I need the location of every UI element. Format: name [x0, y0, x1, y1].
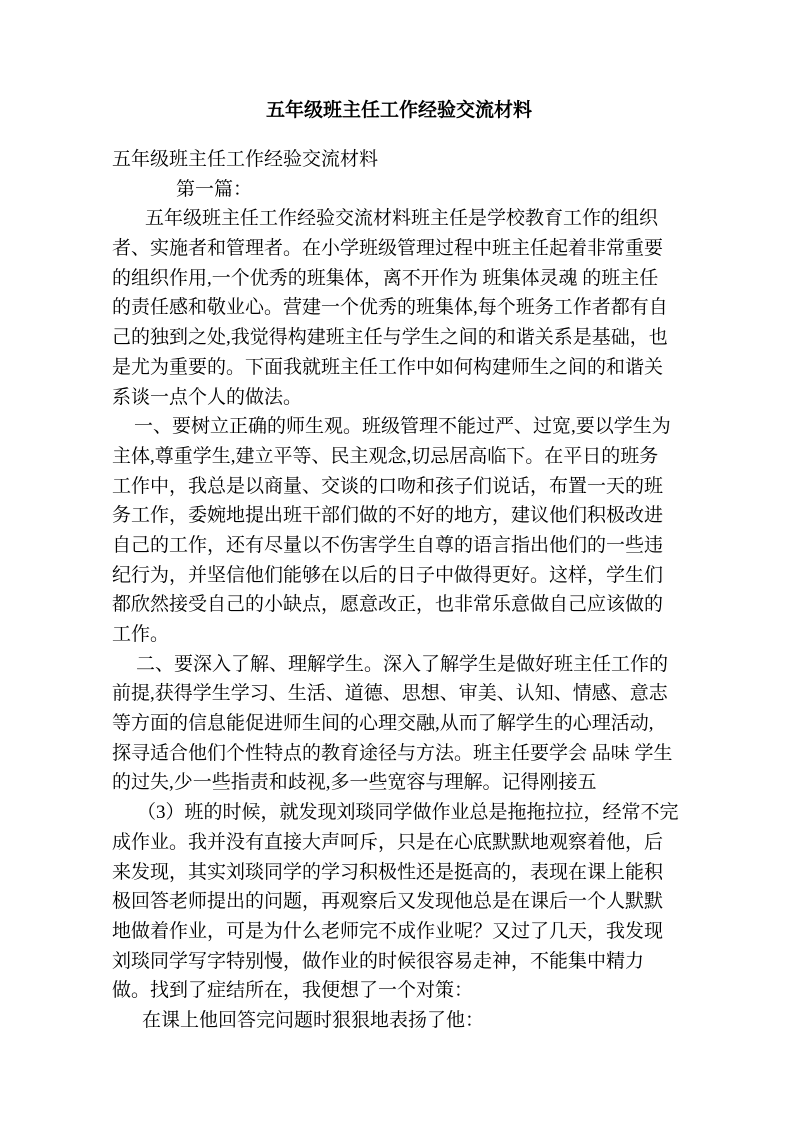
paragraph: （3）班的时候，就发现刘琰同学做作业总是拖拖拉拉，经常不完成作业。我并没有直接大…: [112, 798, 686, 1006]
text-line: 都欣然接受自己的小缺点，愿意改正，也非常乐意做自己应该做的: [112, 590, 686, 620]
text-line: 工作中，我总是以商量、交谈的口吻和孩子们说话，布置一天的班: [112, 472, 686, 502]
text-line: 在课上他回答完问题时狠狠地表扬了他：: [142, 1006, 686, 1036]
text-line: 地做着作业，可是为什么老师完不成作业呢？又过了几天，我发现: [112, 917, 686, 947]
text-line: 纪行为，并坚信他们能够在以后的日子中做得更好。这样，学生们: [112, 561, 686, 591]
text-line: 者、实施者和管理者。在小学班级管理过程中班主任起着非常重要: [112, 234, 686, 264]
text-line: 第一篇：: [176, 175, 686, 205]
paragraph: 五年级班主任工作经验交流材料班主任是学校教育工作的组织者、实施者和管理者。在小学…: [112, 204, 686, 412]
document-page: 五年级班主任工作经验交流材料 五年级班主任工作经验交流材料第一篇：五年级班主任工…: [0, 0, 794, 1123]
text-line: 自己的工作，还有尽量以不伤害学生自尊的语言指出他们的一些违: [112, 531, 686, 561]
text-line: 等方面的信息能促进师生间的心理交融,从而了解学生的心理活动,: [112, 709, 686, 739]
paragraph: 在课上他回答完问题时狠狠地表扬了他：: [112, 1006, 686, 1036]
text-line: 前提,获得学生学习、生活、道德、思想、审美、认知、情感、意志: [112, 679, 686, 709]
paragraph: 二、要深入了解、理解学生。深入了解学生是做好班主任工作的前提,获得学生学习、生活…: [112, 650, 686, 798]
text-line: 刘琰同学写字特别慢，做作业的时候很容易走神，不能集中精力: [112, 947, 686, 977]
text-line: 极回答老师提出的问题，再观察后又发现他总是在课后一个人默默: [112, 887, 686, 917]
text-line: 来发现，其实刘琰同学的学习积极性还是挺高的，表现在课上能积: [112, 858, 686, 888]
document-title: 五年级班主任工作经验交流材料: [112, 96, 686, 126]
paragraph: 一、要树立正确的师生观。班级管理不能过严、过宽,要以学生为主体,尊重学生,建立平…: [112, 412, 686, 650]
text-line: 五年级班主任工作经验交流材料班主任是学校教育工作的组织: [145, 204, 686, 234]
text-line: 的责任感和敬业心。营建一个优秀的班集体,每个班务工作者都有自: [112, 293, 686, 323]
text-line: 系谈一点个人的做法。: [112, 383, 686, 413]
text-line: 主体,尊重学生,建立平等、民主观念,切忌居高临下。在平日的班务: [112, 442, 686, 472]
text-line: 探寻适合他们个性特点的教育途径与方法。班主任要学会 品味 学生: [112, 739, 686, 769]
paragraph: 五年级班主任工作经验交流材料: [112, 145, 686, 175]
text-line: 一、要树立正确的师生观。班级管理不能过严、过宽,要以学生为: [134, 412, 686, 442]
text-line: 务工作，委婉地提出班干部们做的不好的地方，建议他们积极改进: [112, 501, 686, 531]
paragraph: 第一篇：: [112, 175, 686, 205]
text-line: 是尤为重要的。下面我就班主任工作中如何构建师生之间的和谐关: [112, 353, 686, 383]
text-line: （3）班的时候，就发现刘琰同学做作业总是拖拖拉拉，经常不完: [137, 798, 686, 828]
text-line: 做。找到了症结所在，我便想了一个对策：: [112, 976, 686, 1006]
text-line: 二、要深入了解、理解学生。深入了解学生是做好班主任工作的: [136, 650, 686, 680]
text-line: 五年级班主任工作经验交流材料: [112, 145, 686, 175]
text-line: 的组织作用,一个优秀的班集体，离不开作为 班集体灵魂 的班主任: [112, 264, 686, 294]
text-line: 成作业。我并没有直接大声呵斥，只是在心底默默地观察着他，后: [112, 828, 686, 858]
document-body: 五年级班主任工作经验交流材料第一篇：五年级班主任工作经验交流材料班主任是学校教育…: [112, 145, 686, 1036]
text-line: 的过失,少一些指责和歧视,多一些宽容与理解。记得刚接五: [112, 768, 686, 798]
text-line: 工作。: [112, 620, 686, 650]
text-line: 己的独到之处,我觉得构建班主任与学生之间的和谐关系是基础，也: [112, 323, 686, 353]
